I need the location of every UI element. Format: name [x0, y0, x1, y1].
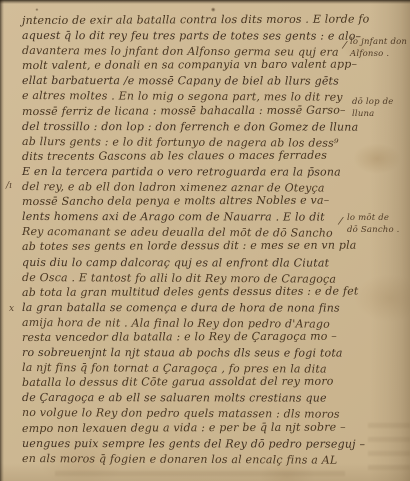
text-block: jntencio de exir ala batalla contra los … — [22, 13, 372, 466]
text-line: uengues puix sempre les gents del Rey dō… — [22, 436, 372, 452]
text-line: dits trecents Gascons ab les claues o ma… — [22, 147, 372, 164]
text-line: quis diu lo camp dalcoraç quj es al enfr… — [22, 255, 372, 271]
text-line: resta vencedor dla batalla : e lo Rey de… — [22, 328, 372, 345]
text-line: la gran batalla se comença e dura de hor… — [22, 300, 372, 316]
text-line: aquest q̄ lo dit rey feu tres parts de t… — [22, 28, 372, 44]
text-line: ab tota la gran multitud deles gents des… — [22, 283, 372, 300]
showthrough-smudge-bottom — [55, 466, 345, 481]
manuscript-page: jntencio de exir ala batalla contra los … — [0, 0, 410, 481]
text-line: mossē Sancho dela penya e molts altres N… — [22, 193, 372, 210]
text-line: ab totes ses gents en lorde dessus dit :… — [22, 238, 372, 255]
left-margin-x-mark: x — [9, 304, 14, 314]
text-line: empo non lexauen degu a vida : e per be … — [22, 419, 372, 436]
margin-note-alfonso: lo jnfant don Alfonso . — [350, 37, 407, 60]
text-line: jntencio de exir ala batalla contra los … — [22, 11, 372, 28]
text-line: batalla lo dessus dit Cōte garua assolda… — [22, 374, 372, 391]
margin-note-mont-sancho: lo mōt de dō Sancho . — [347, 213, 400, 236]
text-line: lents homens axi de Arago com de Nauarra… — [22, 209, 372, 225]
text-line: ellat barbatuerta /e mossē Capany de bie… — [22, 73, 372, 89]
text-line: molt valent, e donali en sa companyia vn… — [22, 57, 372, 74]
text-line: mossē ferriz de licana : mossē bahacalla… — [22, 102, 372, 119]
text-line: del trossillo : don lop : don ferrench e… — [22, 119, 372, 135]
text-line: ro sobreuenjnt la njt staua ab pochs dls… — [22, 345, 372, 361]
left-margin-slash-mark: /ı — [6, 181, 12, 191]
text-line: E en la tercera partida o vero retroguar… — [22, 164, 372, 180]
margin-note-lop-de-lluna: dō lop de lluna — [352, 97, 394, 120]
showthrough-smudge-right — [368, 418, 410, 476]
text-line: de Çaragoça e ab ell se saluaren molts c… — [22, 390, 372, 406]
